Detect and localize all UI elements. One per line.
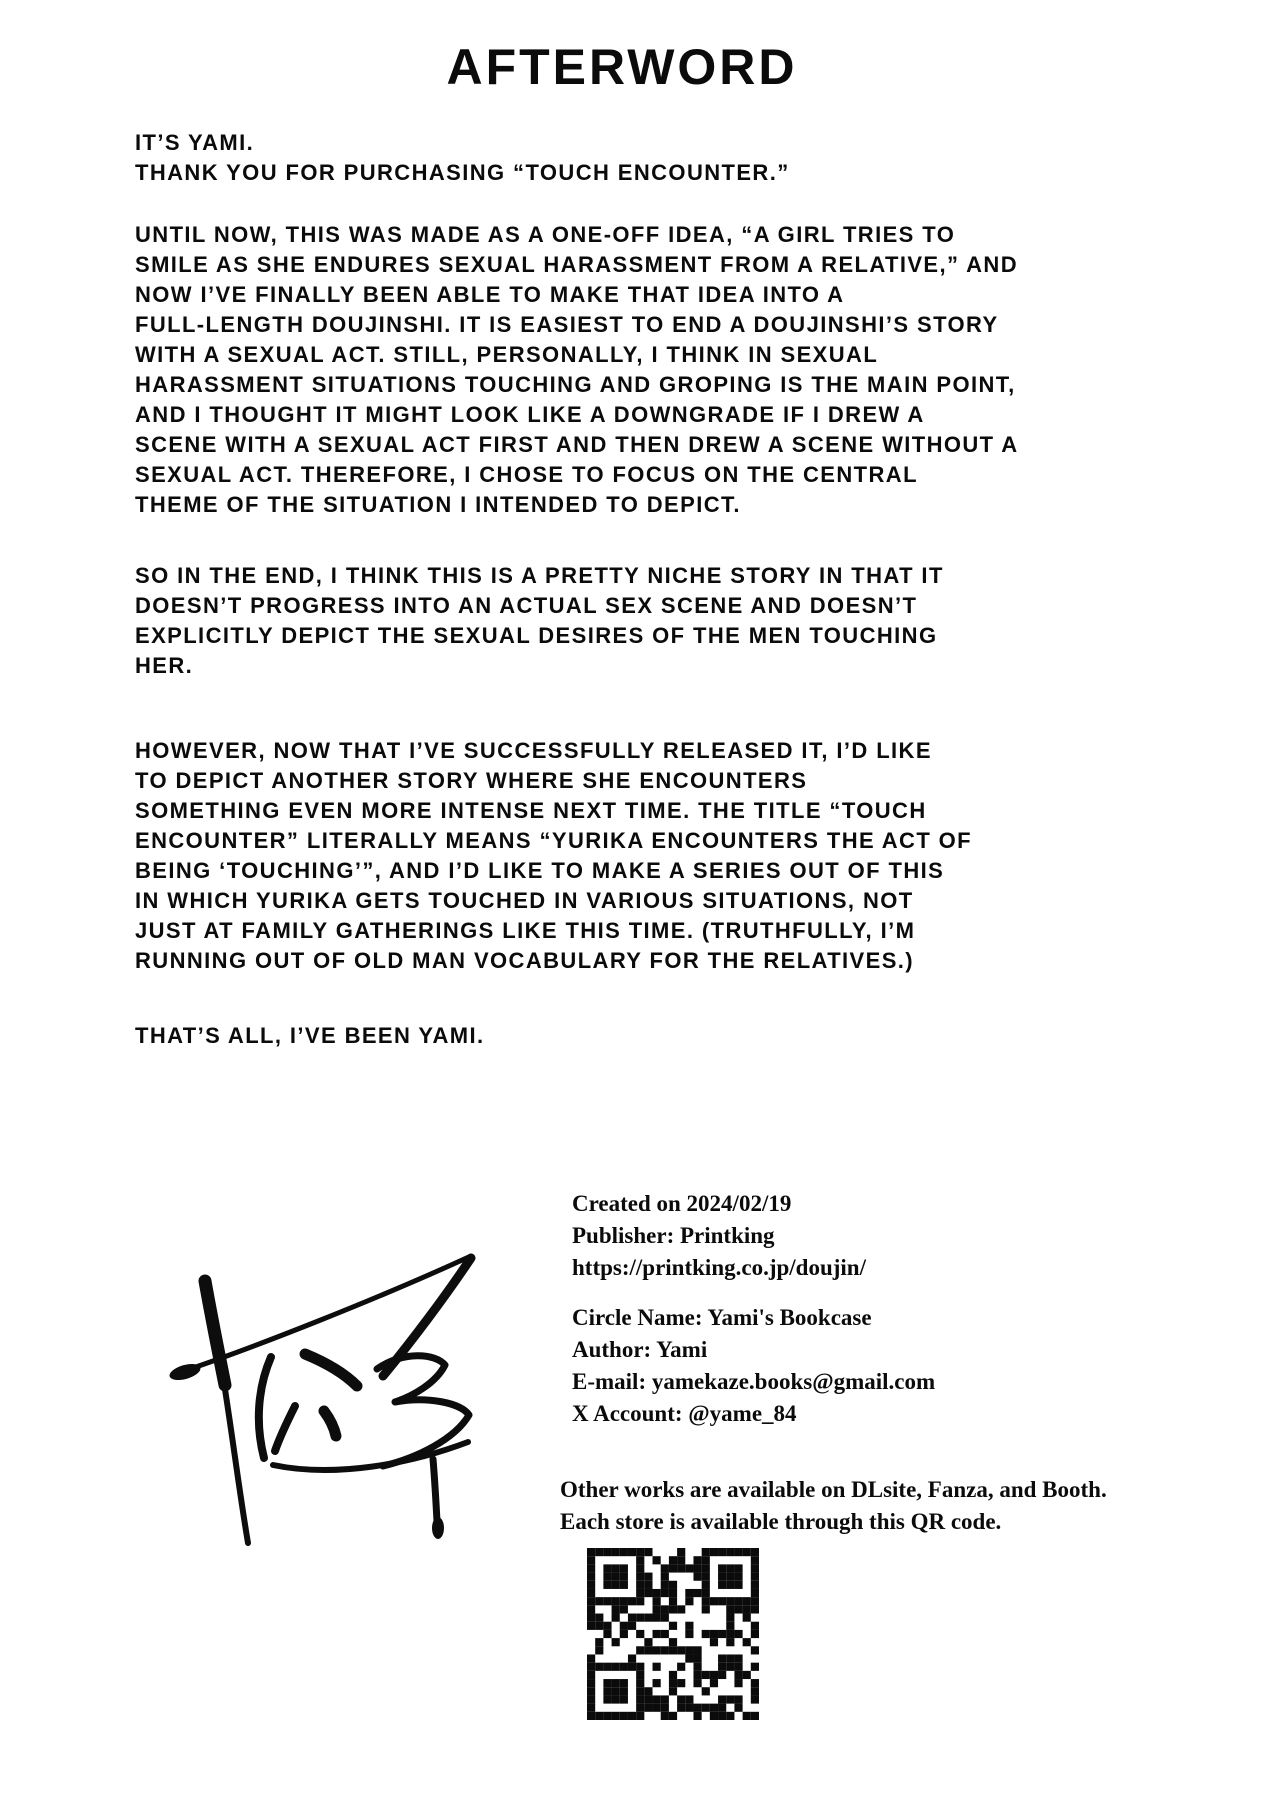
colophon: Created on 2024/02/19 Publisher: Printki… [560, 1188, 1107, 1720]
publisher-url: https://printking.co.jp/doujin/ [572, 1252, 1107, 1284]
page-title-row: AFTERWORD [0, 42, 1280, 92]
afterword-line: JUST AT FAMILY GATHERINGS LIKE THIS TIME… [135, 916, 1019, 946]
afterword-line: BEING ‘TOUCHING’”, AND I’D LIKE TO MAKE … [135, 856, 1019, 886]
afterword-line: FULL-LENGTH DOUJINSHI. IT IS EASIEST TO … [135, 310, 1019, 340]
x-account: X Account: @yame_84 [572, 1398, 1107, 1430]
stores-info: Other works are available on DLsite, Fan… [560, 1474, 1107, 1538]
afterword-line: RUNNING OUT OF OLD MAN VOCABULARY FOR TH… [135, 946, 1019, 976]
afterword-body: IT’S YAMI. THANK YOU FOR PURCHASING “TOU… [135, 128, 1019, 1051]
afterword-line: NOW I’VE FINALLY BEEN ABLE TO MAKE THAT … [135, 280, 1019, 310]
afterword-line: AND I THOUGHT IT MIGHT LOOK LIKE A DOWNG… [135, 400, 1019, 430]
afterword-line: UNTIL NOW, THIS WAS MADE AS A ONE-OFF ID… [135, 220, 1019, 250]
afterword-line: SO IN THE END, I THINK THIS IS A PRETTY … [135, 561, 1019, 591]
afterword-line: ENCOUNTER” LITERALLY MEANS “YURIKA ENCOU… [135, 826, 1019, 856]
afterword-line: SMILE AS SHE ENDURES SEXUAL HARASSMENT F… [135, 250, 1019, 280]
afterword-line: HER. [135, 651, 1019, 681]
store-links-qr-code [587, 1548, 759, 1720]
paragraph-concept: UNTIL NOW, THIS WAS MADE AS A ONE-OFF ID… [135, 220, 1019, 520]
qr-code-image [587, 1548, 759, 1720]
publication-info: Created on 2024/02/19 Publisher: Printki… [560, 1188, 1107, 1284]
afterword-line: THAT’S ALL, I’VE BEEN YAMI. [135, 1021, 1019, 1051]
afterword-line: THANK YOU FOR PURCHASING “TOUCH ENCOUNTE… [135, 158, 1019, 188]
afterword-page: AFTERWORD IT’S YAMI. THANK YOU FOR PURCH… [0, 0, 1280, 1808]
paragraph-future-plans: HOWEVER, NOW THAT I’VE SUCCESSFULLY RELE… [135, 736, 1019, 976]
author-signature-calligraphy [145, 1245, 485, 1565]
paragraph-greeting: IT’S YAMI. THANK YOU FOR PURCHASING “TOU… [135, 128, 1019, 188]
stores-line: Each store is available through this QR … [560, 1506, 1107, 1538]
signature-ink [145, 1245, 485, 1565]
afterword-line: SOMETHING EVEN MORE INTENSE NEXT TIME. T… [135, 796, 1019, 826]
author-name: Author: Yami [572, 1334, 1107, 1366]
page-title: AFTERWORD [446, 42, 797, 92]
paragraph-niche: SO IN THE END, I THINK THIS IS A PRETTY … [135, 561, 1019, 681]
afterword-line: TO DEPICT ANOTHER STORY WHERE SHE ENCOUN… [135, 766, 1019, 796]
email: E-mail: yamekaze.books@gmail.com [572, 1366, 1107, 1398]
afterword-line: THEME OF THE SITUATION I INTENDED TO DEP… [135, 490, 1019, 520]
created-date: Created on 2024/02/19 [572, 1188, 1107, 1220]
afterword-line: IN WHICH YURIKA GETS TOUCHED IN VARIOUS … [135, 886, 1019, 916]
afterword-line: IT’S YAMI. [135, 128, 1019, 158]
paragraph-signoff: THAT’S ALL, I’VE BEEN YAMI. [135, 1021, 1019, 1051]
afterword-line: DOESN’T PROGRESS INTO AN ACTUAL SEX SCEN… [135, 591, 1019, 621]
afterword-line: SEXUAL ACT. THEREFORE, I CHOSE TO FOCUS … [135, 460, 1019, 490]
afterword-line: HARASSMENT SITUATIONS TOUCHING AND GROPI… [135, 370, 1019, 400]
afterword-line: WITH A SEXUAL ACT. STILL, PERSONALLY, I … [135, 340, 1019, 370]
afterword-line: EXPLICITLY DEPICT THE SEXUAL DESIRES OF … [135, 621, 1019, 651]
stores-line: Other works are available on DLsite, Fan… [560, 1474, 1107, 1506]
afterword-line: HOWEVER, NOW THAT I’VE SUCCESSFULLY RELE… [135, 736, 1019, 766]
afterword-line: SCENE WITH A SEXUAL ACT FIRST AND THEN D… [135, 430, 1019, 460]
publisher: Publisher: Printking [572, 1220, 1107, 1252]
circle-name: Circle Name: Yami's Bookcase [572, 1302, 1107, 1334]
circle-info: Circle Name: Yami's Bookcase Author: Yam… [560, 1302, 1107, 1430]
